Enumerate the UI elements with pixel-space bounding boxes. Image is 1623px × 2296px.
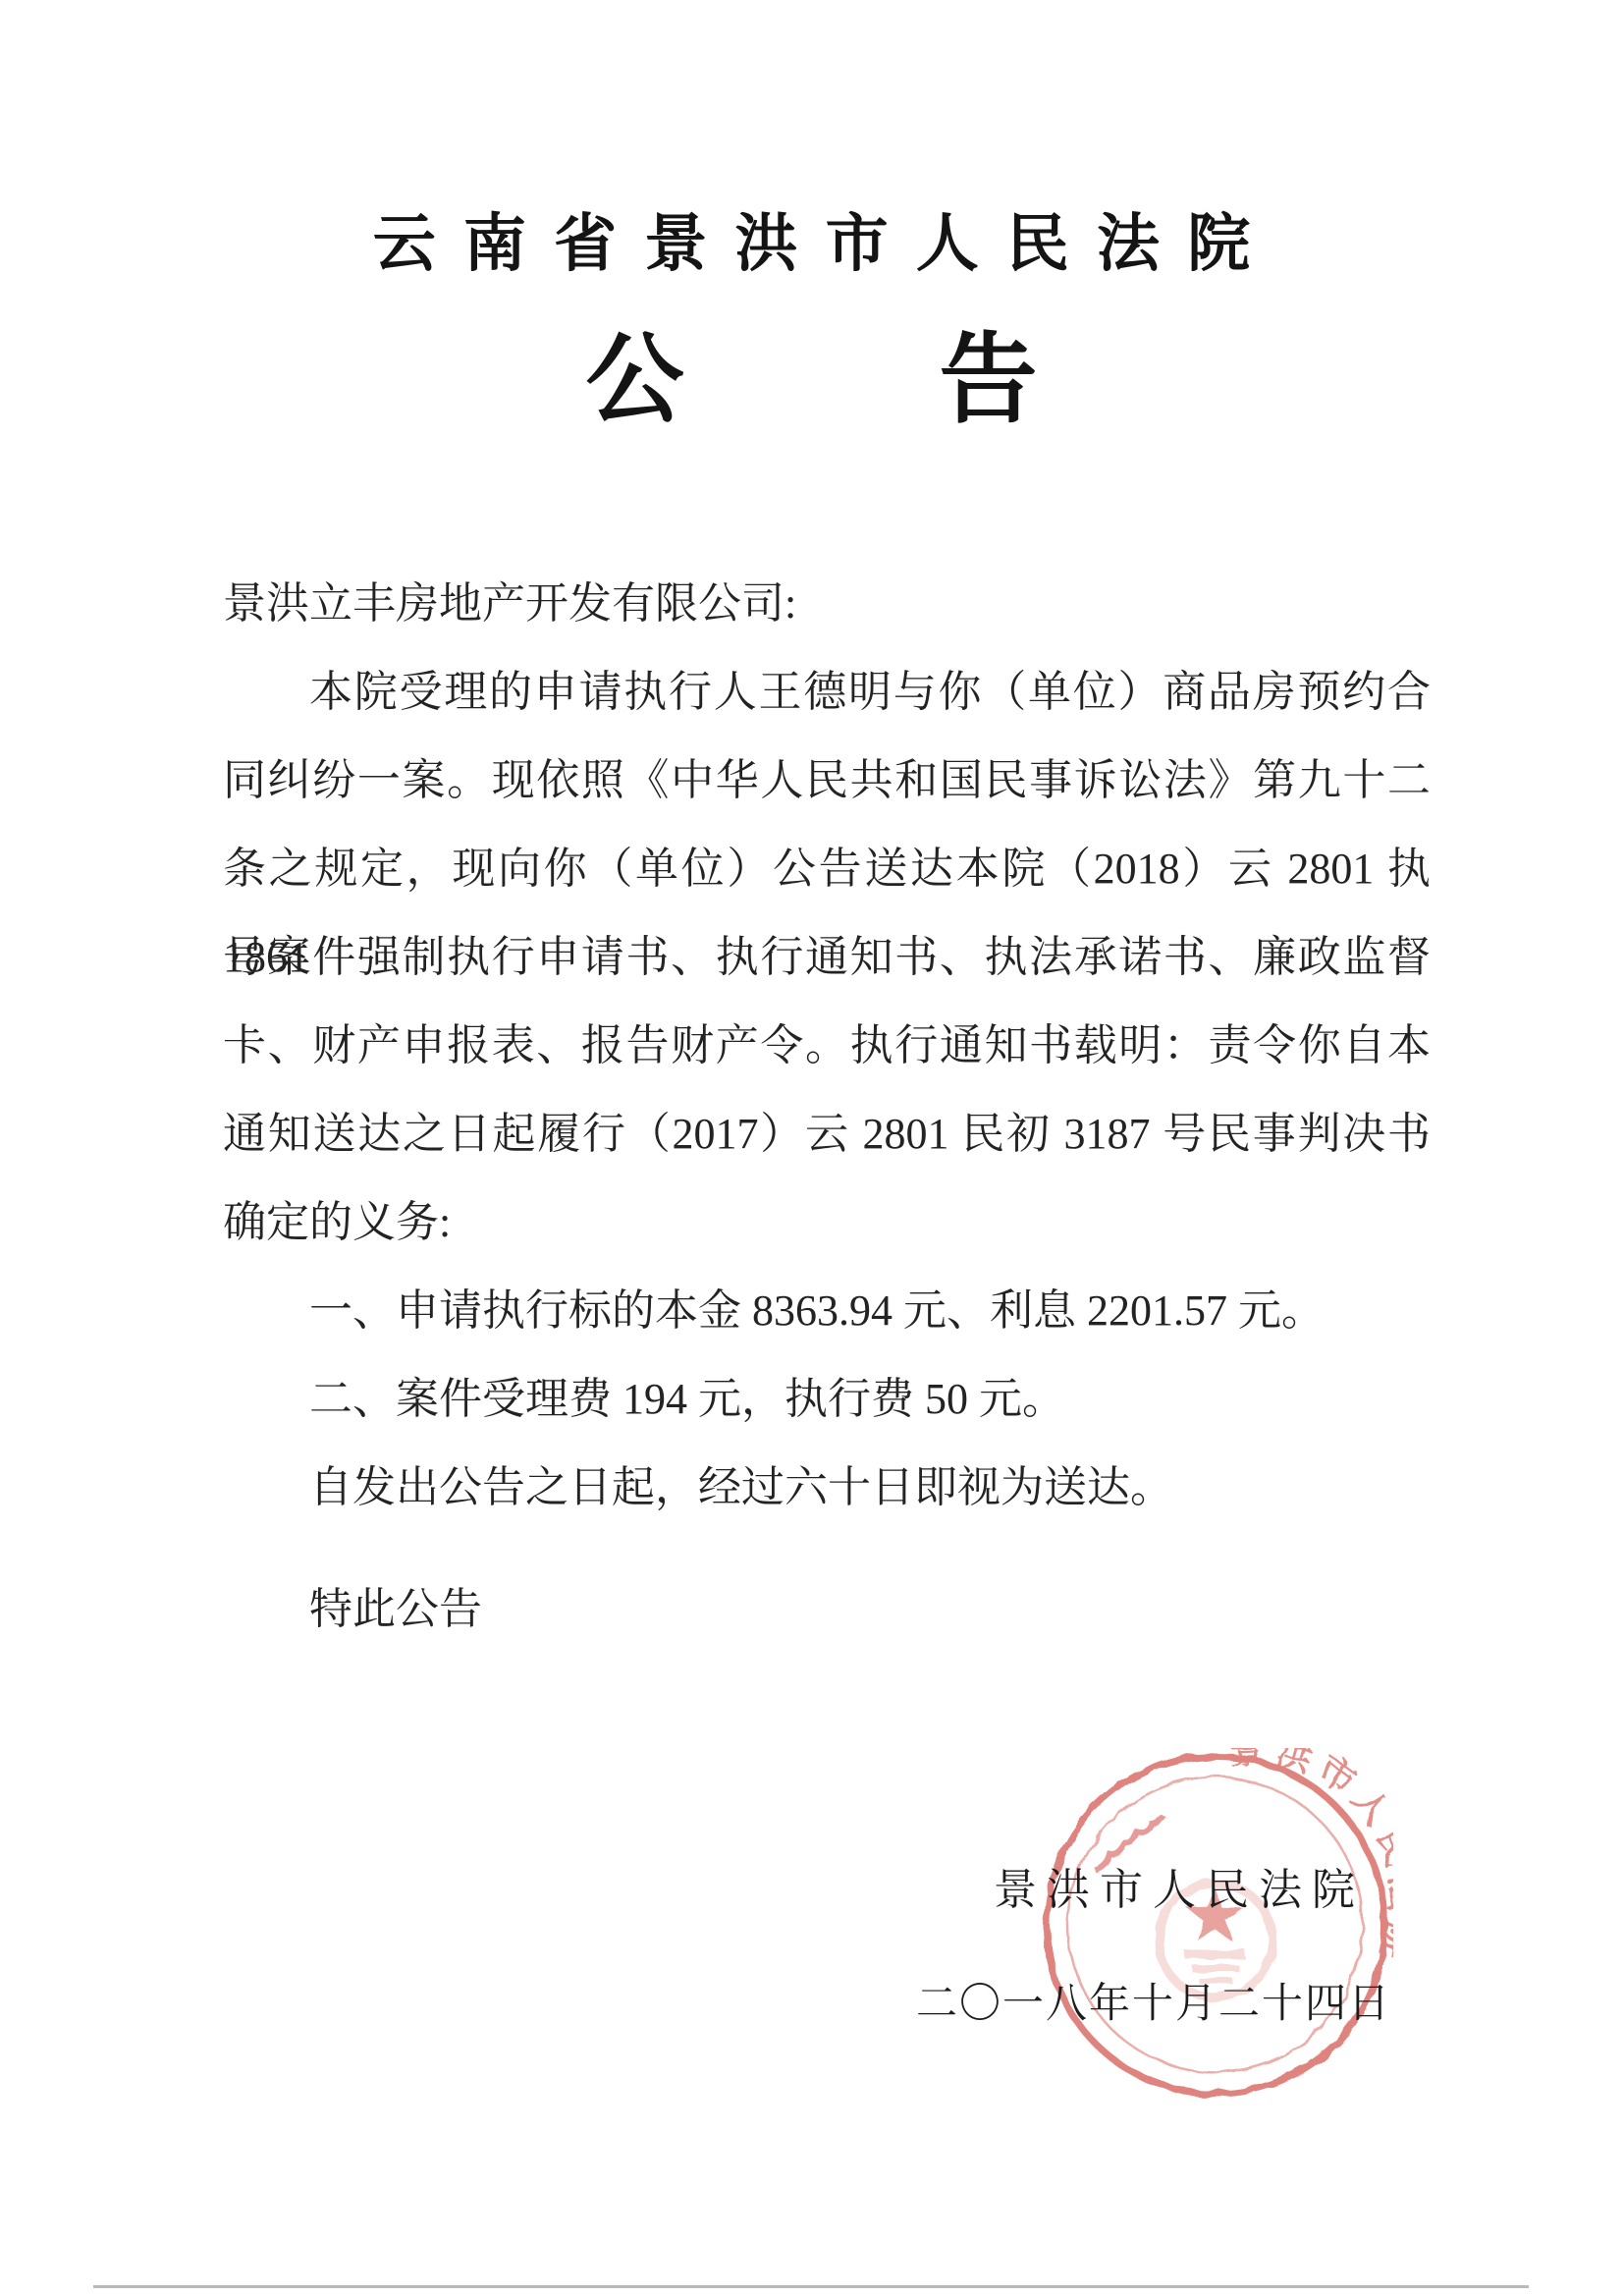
scan-edge-line <box>93 2285 1529 2288</box>
court-header: 云南省景洪市人民法院 <box>0 210 1623 279</box>
body-line: 二、案件受理费 194 元，执行费 50 元。 <box>223 1355 1431 1444</box>
body-line: 卡、财产申报表、报告财产令。执行通知书载明：责令你自本 <box>223 1002 1431 1090</box>
body-line: 确定的义务: <box>223 1178 1431 1267</box>
body-line: 条之规定，现向你（单位）公告送达本院（2018）云 2801 执 1861 <box>223 825 1431 913</box>
announcement-document: 云南省景洪市人民法院 公告 景洪立丰房地产开发有限公司: 本院受理的申请执行人王… <box>0 0 1623 2296</box>
body-line: 自发出公告之日起，经过六十日即视为送达。 <box>223 1444 1431 1532</box>
signature-court: 景洪市人民法院 <box>983 1846 1376 1935</box>
body-text: 景洪立丰房地产开发有限公司: 本院受理的申请执行人王德明与你（单位）商品房预约合… <box>223 560 1431 1532</box>
body-line: 一、申请执行标的本金 8363.94 元、利息 2201.57 元。 <box>223 1267 1431 1355</box>
body-line: 本院受理的申请执行人王德明与你（单位）商品房预约合 <box>223 648 1431 737</box>
notice-title-text: 公告 <box>586 326 1293 435</box>
signature-date: 二〇一八年十月二十四日 <box>908 1960 1399 2049</box>
body-line: 同纠纷一案。现依照《中华人民共和国民事诉讼法》第九十二 <box>223 737 1431 825</box>
court-header-text: 云南省景洪市人民法院 <box>373 209 1278 279</box>
addressee-line: 景洪立丰房地产开发有限公司: <box>223 560 1431 648</box>
body-line: 通知送达之日起履行（2017）云 2801 民初 3187 号民事判决书 <box>223 1090 1431 1178</box>
notice-title: 公告 <box>0 324 1623 437</box>
closing-phrase: 特此公告 <box>223 1565 1431 1654</box>
body-line: 号案件强制执行申请书、执行通知书、执法承诺书、廉政监督 <box>223 913 1431 1002</box>
